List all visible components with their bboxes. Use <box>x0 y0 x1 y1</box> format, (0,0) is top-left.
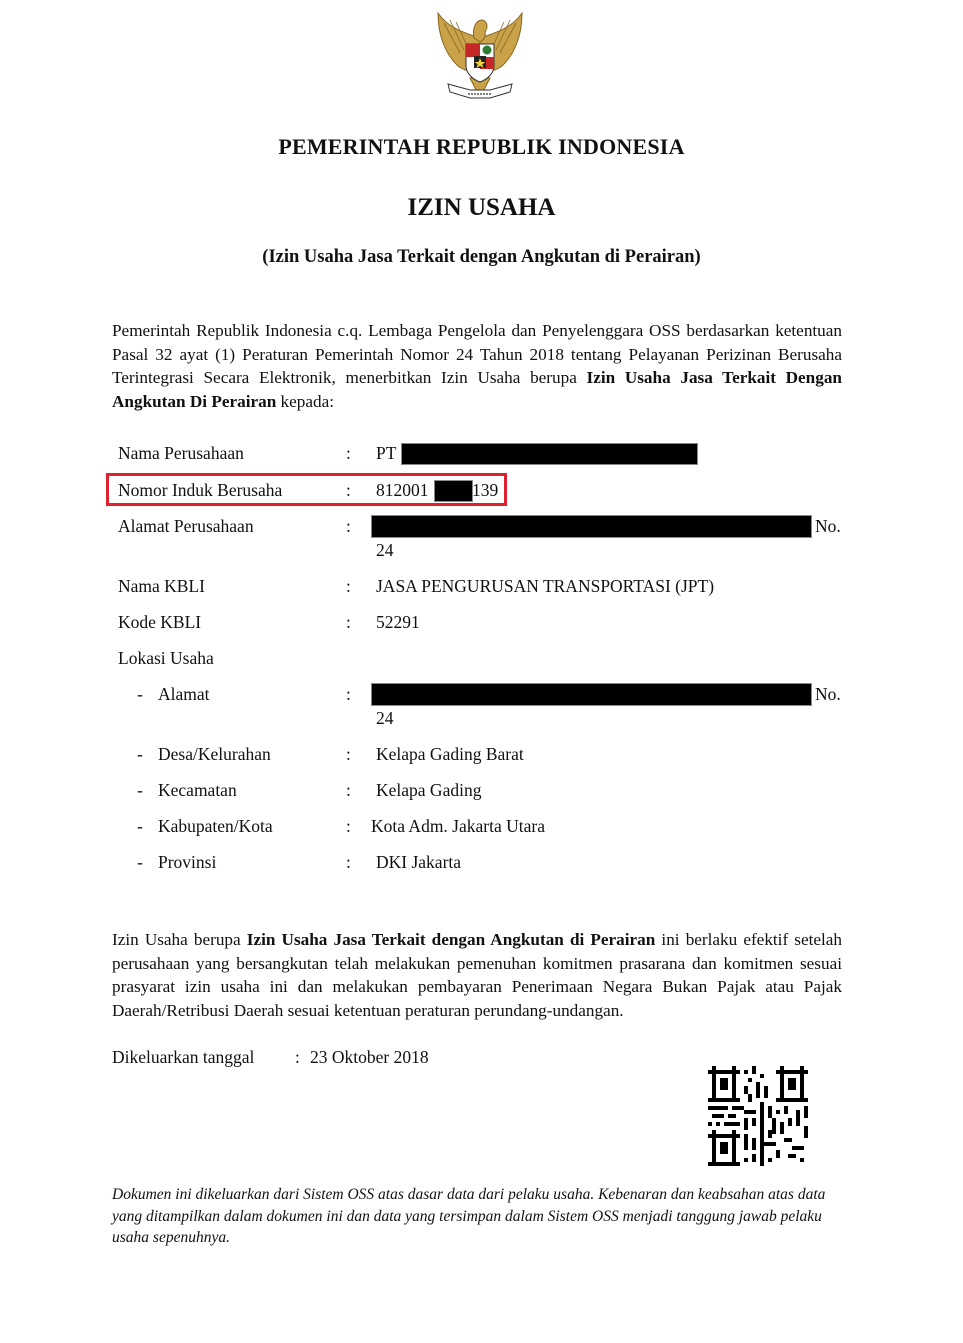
colon: : <box>346 780 351 801</box>
disclaimer-footnote: Dokumen ini dikeluarkan dari Sistem OSS … <box>112 1184 842 1249</box>
location-address-suffix: No. <box>815 684 841 705</box>
list-dash: - <box>137 780 143 801</box>
kbli-name-label: Nama KBLI <box>118 576 205 597</box>
issued-date-label: Dikeluarkan tanggal <box>112 1047 254 1068</box>
colon: : <box>346 684 351 705</box>
colon: : <box>346 612 351 633</box>
list-dash: - <box>137 684 143 705</box>
validity-paragraph: Izin Usaha berupa Izin Usaha Jasa Terkai… <box>112 928 842 1022</box>
kbli-name-value: JASA PENGURUSAN TRANSPORTASI (JPT) <box>376 576 714 597</box>
government-heading: PEMERINTAH REPUBLIK INDONESIA <box>0 134 963 160</box>
province-value: DKI Jakarta <box>376 852 461 873</box>
city-label: Kabupaten/Kota <box>158 816 273 837</box>
nib-label: Nomor Induk Berusaha <box>118 480 282 501</box>
intro-text-end: kepada: <box>276 392 334 411</box>
company-name-redaction <box>401 443 698 465</box>
colon: : <box>346 516 351 537</box>
intro-paragraph: Pemerintah Republik Indonesia c.q. Lemba… <box>112 319 842 413</box>
validity-text: Izin Usaha berupa <box>112 930 247 949</box>
village-value: Kelapa Gading Barat <box>376 744 524 765</box>
colon: : <box>346 576 351 597</box>
company-address-suffix: No. <box>815 516 841 537</box>
city-value: Kota Adm. Jakarta Utara <box>371 816 545 837</box>
list-dash: - <box>137 816 143 837</box>
colon: : <box>346 816 351 837</box>
location-address-line2: 24 <box>376 708 394 729</box>
colon: : <box>346 744 351 765</box>
colon: : <box>346 443 351 464</box>
garuda-emblem-icon <box>430 8 530 108</box>
colon: : <box>346 852 351 873</box>
colon: : <box>295 1047 300 1068</box>
location-address-label: Alamat <box>158 684 210 705</box>
colon: : <box>346 480 351 501</box>
document-subtitle: (Izin Usaha Jasa Terkait dengan Angkutan… <box>0 247 963 268</box>
kbli-code-value: 52291 <box>376 612 420 633</box>
district-value: Kelapa Gading <box>376 780 481 801</box>
document-title: IZIN USAHA <box>0 194 963 222</box>
village-label: Desa/Kelurahan <box>158 744 271 765</box>
validity-permit-name: Izin Usaha Jasa Terkait dengan Angkutan … <box>247 930 656 949</box>
nib-value-start: 812001 <box>376 480 429 501</box>
district-label: Kecamatan <box>158 780 237 801</box>
nib-redaction <box>434 480 473 502</box>
kbli-code-label: Kode KBLI <box>118 612 201 633</box>
company-address-line2: 24 <box>376 540 394 561</box>
company-address-label: Alamat Perusahaan <box>118 516 254 537</box>
list-dash: - <box>137 744 143 765</box>
issued-date-value: 23 Oktober 2018 <box>310 1047 429 1068</box>
company-address-redaction <box>371 515 812 538</box>
list-dash: - <box>137 852 143 873</box>
company-name-prefix: PT <box>376 443 396 464</box>
qr-code-icon <box>708 1066 808 1166</box>
location-address-redaction <box>371 683 812 706</box>
company-name-label: Nama Perusahaan <box>118 443 244 464</box>
nib-value-end: 139 <box>472 480 498 501</box>
province-label: Provinsi <box>158 852 216 873</box>
business-location-label: Lokasi Usaha <box>118 648 214 669</box>
